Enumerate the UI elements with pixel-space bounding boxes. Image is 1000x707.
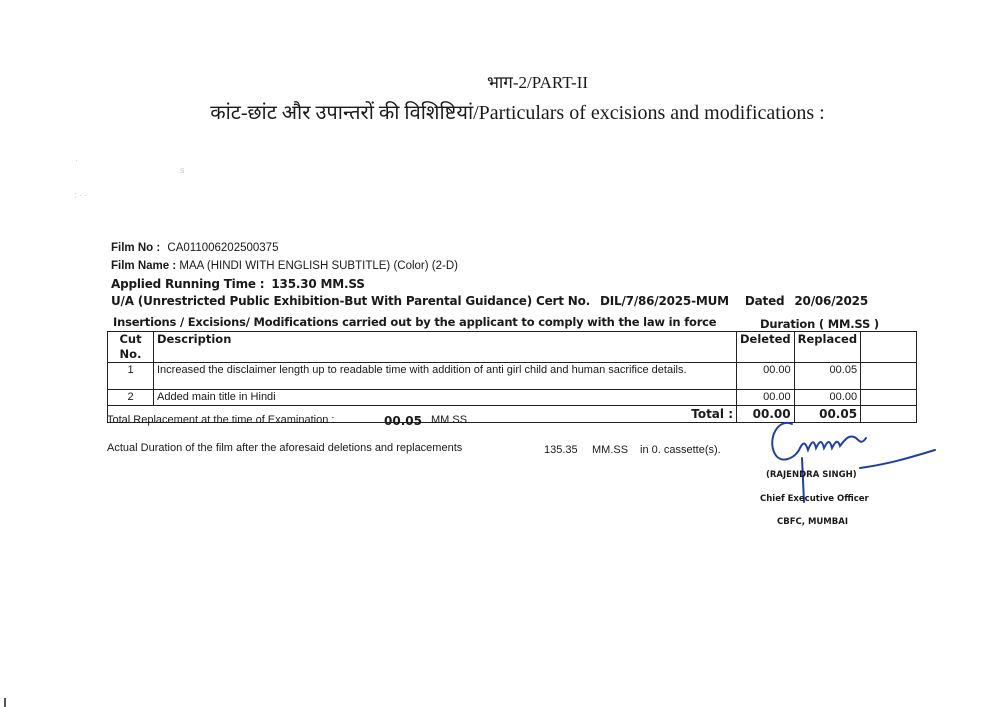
signatory-name: (RAJENDRA SINGH) — [766, 470, 857, 480]
actual-duration-label: Actual Duration of the film after the af… — [107, 442, 462, 454]
part-title: भाग-2/PART-II — [0, 70, 1000, 93]
certificate-number: DIL/7/86/2025-MUM — [600, 294, 729, 308]
col-cut-no: Cut No. — [108, 332, 154, 363]
replaced-cell: 00.00 — [794, 390, 860, 406]
col-description: Description — [154, 332, 737, 363]
description-cell: Increased the disclaimer length up to re… — [154, 363, 737, 390]
col-replaced: Replaced — [794, 332, 860, 363]
description-cell: Added main title in Hindi — [154, 390, 737, 406]
certificate-date: 20/06/2025 — [794, 294, 868, 308]
scan-speck: · — [75, 155, 78, 165]
deleted-cell: 00.00 — [737, 390, 795, 406]
scan-speck: s — [180, 165, 185, 175]
signatory-office: CBFC, MUMBAI — [777, 517, 848, 527]
deleted-cell: 00.00 — [737, 363, 795, 390]
film-no-label: Film No : — [111, 242, 160, 254]
actual-duration-value: 135.35 — [544, 444, 578, 456]
replaced-cell: 00.05 — [794, 363, 860, 390]
table-header-row: Cut No. Description Deleted Replaced — [108, 332, 917, 363]
cut-no-cell: 2 — [108, 390, 154, 406]
film-no-value: CA011006202500375 — [167, 242, 278, 254]
actual-duration-unit: MM.SS — [592, 444, 628, 456]
duration-caption: Duration ( MM.SS ) — [760, 317, 879, 331]
film-no-line: Film No : CA011006202500375 — [111, 242, 278, 254]
table-row: 2 Added main title in Hindi 00.00 00.00 — [108, 390, 917, 406]
extra-cell — [861, 363, 917, 390]
applied-running-time-label: Applied Running Time : — [111, 277, 264, 291]
film-name-value: MAA (HINDI WITH ENGLISH SUBTITLE) (Color… — [179, 260, 458, 272]
scan-edge-mark — [4, 698, 6, 707]
table-caption: Insertions / Excisions/ Modifications ca… — [113, 315, 716, 329]
applied-running-time-line: Applied Running Time : 135.30 MM.SS — [111, 277, 365, 291]
signature-image — [760, 418, 940, 503]
table-row: 1 Increased the disclaimer length up to … — [108, 363, 917, 390]
signatory-designation: Chief Executive Officer — [760, 494, 869, 504]
total-replacement-value: 00.05 — [384, 414, 422, 428]
excisions-table: Cut No. Description Deleted Replaced 1 I… — [107, 331, 917, 423]
dated-label: Dated — [745, 294, 785, 308]
extra-cell — [861, 390, 917, 406]
certificate-line: U/A (Unrestricted Public Exhibition-But … — [111, 294, 868, 308]
certificate-category: U/A (Unrestricted Public Exhibition-But … — [111, 294, 590, 308]
col-extra — [861, 332, 917, 363]
cut-no-cell: 1 — [108, 363, 154, 390]
col-deleted: Deleted — [737, 332, 795, 363]
film-name-label: Film Name : — [111, 260, 176, 272]
total-replacement-unit: MM.SS — [431, 414, 467, 426]
film-name-line: Film Name : MAA (HINDI WITH ENGLISH SUBT… — [111, 260, 458, 272]
applied-running-time-value: 135.30 MM.SS — [271, 277, 364, 291]
scan-speck: : · · — [74, 190, 88, 200]
total-replacement-label: Total Replacement at the time of Examina… — [107, 414, 334, 426]
page-subtitle: कांट-छांट और उपान्तरों की विशिष्टियां/Pa… — [0, 98, 1000, 125]
cassettes-count: in 0. cassette(s). — [640, 444, 721, 456]
